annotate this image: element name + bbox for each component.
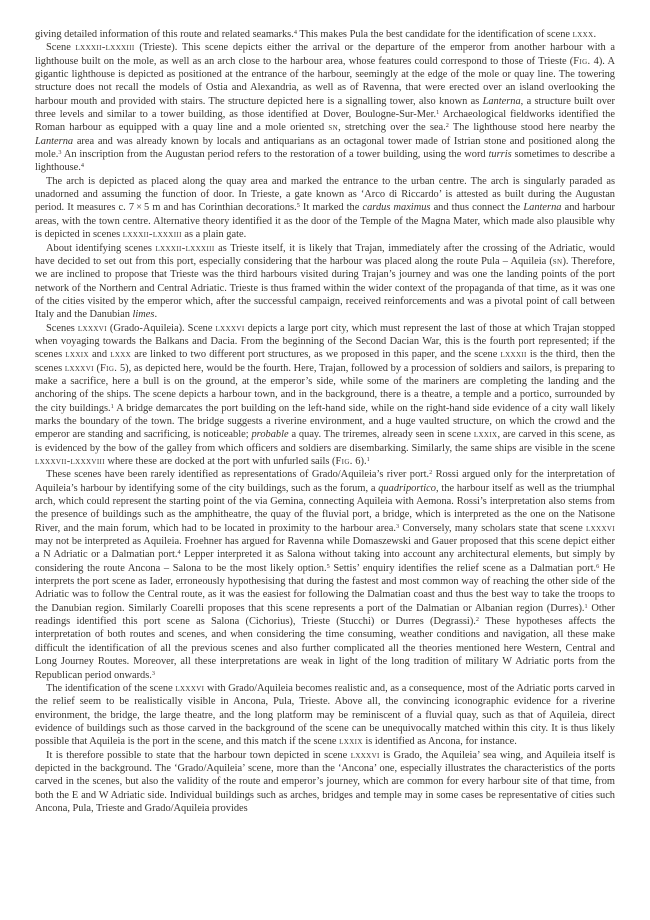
paper-page: giving detailed information of this rout…: [0, 0, 650, 920]
text-run: Fig.: [573, 56, 590, 67]
text-run: and thus connect the: [430, 202, 523, 213]
text-run: lxxix: [474, 429, 498, 440]
text-run: lxxxvi: [175, 683, 204, 694]
text-run: where these are docked at the port with …: [105, 456, 336, 467]
text-run: lxxxvi: [351, 750, 380, 761]
text-run: Fig.: [100, 363, 117, 374]
text-run: as a plain gate.: [182, 229, 246, 240]
text-run: lxxxvi: [216, 323, 245, 334]
text-run: probable: [251, 429, 288, 440]
text-run: The lighthouse stood here nearby the: [449, 122, 615, 133]
text-run: These scenes have been rarely identified…: [46, 469, 429, 480]
text-run: Lanterna: [483, 96, 521, 107]
text-run: lxxxvii-lxxxviii: [35, 456, 105, 467]
text-run: lxxx: [573, 29, 594, 40]
text-run: giving detailed information of this rout…: [35, 29, 294, 40]
paragraph-identifying-trieste: About identifying scenes lxxxii-lxxxiii …: [35, 242, 615, 322]
text-run: lxxxii-lxxxiii: [76, 42, 135, 53]
text-run: sn: [328, 122, 338, 133]
text-run: turris: [489, 149, 512, 160]
text-run: limes: [133, 309, 155, 320]
paragraph-interpretations: These scenes have been rarely identified…: [35, 468, 615, 682]
footnote-marker: 1: [367, 456, 370, 463]
text-run: lxxxvi: [586, 523, 615, 534]
paragraph-conclusion: It is therefore possible to state that t…: [35, 749, 615, 816]
text-run: .: [594, 29, 597, 40]
text-run: is identified as Ancona, for instance.: [363, 736, 517, 747]
text-run: Conversely, many scholars state that sce…: [399, 523, 586, 534]
paragraph-continuation: giving detailed information of this rout…: [35, 28, 615, 41]
text-run: Scenes: [46, 323, 78, 334]
text-run: quadriportico: [378, 483, 436, 494]
text-run: Lanterna: [35, 136, 73, 147]
text-run: An inscription from the Augustan period …: [62, 149, 489, 160]
text-run: The identification of the scene: [46, 683, 175, 694]
text-run: lxxix: [65, 349, 89, 360]
text-run: About identifying scenes: [46, 243, 155, 254]
text-run: .: [154, 309, 157, 320]
footnote-marker: 3: [152, 669, 155, 676]
text-run: lxxix: [339, 736, 363, 747]
text-run: (Grado-Aquileia). Scene: [107, 323, 216, 334]
footnote-marker: 4: [81, 162, 84, 169]
text-run: lxxxvi: [65, 363, 94, 374]
paragraph-scene-trieste: Scene lxxxii-lxxxiii (Trieste). This sce…: [35, 41, 615, 174]
text-run: Scene: [46, 42, 76, 53]
text-run: a quay. The triremes, already seen in sc…: [289, 429, 474, 440]
text-run: Lanterna: [523, 202, 561, 213]
paragraph-scene-grado-aquileia: Scenes lxxxvi (Grado-Aquileia). Scene lx…: [35, 322, 615, 469]
paragraph-identification-realistic: The identification of the scene lxxxvi w…: [35, 682, 615, 749]
text-run: are linked to two different port structu…: [131, 349, 500, 360]
text-run: lxxxvi: [78, 323, 107, 334]
text-run: Fig.: [335, 456, 352, 467]
text-run: lxxxii-lxxxiii: [123, 229, 182, 240]
text-run: lxxxii-lxxxiii: [155, 243, 214, 254]
text-run: 6).: [353, 456, 367, 467]
text-run: It is therefore possible to state that t…: [46, 750, 351, 761]
paragraph-arch: The arch is depicted as placed along the…: [35, 175, 615, 242]
text-run: Settis’ enquiry identifies the relief sc…: [330, 563, 596, 574]
text-run: lxxxii: [500, 349, 526, 360]
text-run: It marked the: [300, 202, 363, 213]
text-run: cardus maximus: [362, 202, 430, 213]
text-run: lxxx: [110, 349, 131, 360]
text-run: and: [89, 349, 110, 360]
text-run: This makes Pula the best candidate for t…: [297, 29, 573, 40]
text-run: , stretching over the sea.: [338, 122, 446, 133]
